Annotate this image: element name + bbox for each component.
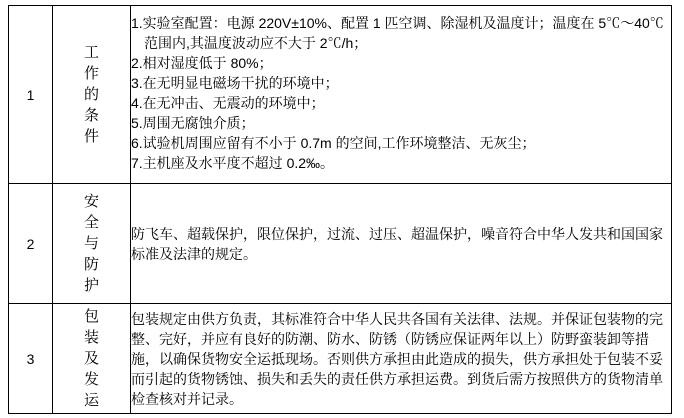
category-label: 安全与防护: [83, 191, 100, 296]
row-content: 1.实验室配置：电源 220V±10%、配置 1 匹空调、除湿机及温度计；温度在…: [131, 6, 672, 184]
row-number: 2: [9, 184, 53, 304]
row-category: 工作的条件: [53, 6, 131, 184]
category-label: 包装及发运: [83, 306, 100, 411]
row-content: 防飞车、超载保护，限位保护，过流、过压、超温保护，噪音符合中华人发共和国国家标准…: [131, 184, 672, 304]
document-page: 1 工作的条件 1.实验室配置：电源 220V±10%、配置 1 匹空调、除湿机…: [0, 0, 684, 418]
table-row-safety-protection: 2 安全与防护 防飞车、超载保护，限位保护，过流、过压、超温保护，噪音符合中华人…: [9, 184, 672, 304]
condition-item: 4.在无冲击、无震动的环境中；: [131, 93, 671, 113]
category-label: 工作的条件: [83, 42, 100, 147]
content-paragraph: 防飞车、超载保护，限位保护，过流、过压、超温保护，噪音符合中华人发共和国国家标准…: [131, 224, 671, 264]
condition-item: 2.相对湿度低于 80%；: [131, 53, 671, 73]
table-row-packing-shipping: 3 包装及发运 包装规定由供方负责，其标准符合中华人民共各国有关法律、法规。并保…: [9, 304, 672, 414]
row-category: 包装及发运: [53, 304, 131, 414]
condition-item: 1.实验室配置：电源 220V±10%、配置 1 匹空调、除湿机及温度计；温度在…: [131, 13, 671, 53]
row-number: 3: [9, 304, 53, 414]
table-row-working-conditions: 1 工作的条件 1.实验室配置：电源 220V±10%、配置 1 匹空调、除湿机…: [9, 6, 672, 184]
condition-item: 5.周围无腐蚀介质；: [131, 113, 671, 133]
condition-item: 6.试验机周围应留有不小于 0.7m 的空间,工作环境整洁、无灰尘；: [131, 133, 671, 153]
row-number: 1: [9, 6, 53, 184]
row-category: 安全与防护: [53, 184, 131, 304]
spec-table: 1 工作的条件 1.实验室配置：电源 220V±10%、配置 1 匹空调、除湿机…: [8, 5, 672, 414]
content-paragraph: 包装规定由供方负责，其标准符合中华人民共各国有关法律、法规。并保证包装物的完整、…: [131, 309, 671, 409]
row-content: 包装规定由供方负责，其标准符合中华人民共各国有关法律、法规。并保证包装物的完整、…: [131, 304, 672, 414]
condition-item: 7.主机座及水平度不超过 0.2‰。: [131, 153, 671, 173]
condition-item: 3.在无明显电磁场干扰的环境中；: [131, 73, 671, 93]
